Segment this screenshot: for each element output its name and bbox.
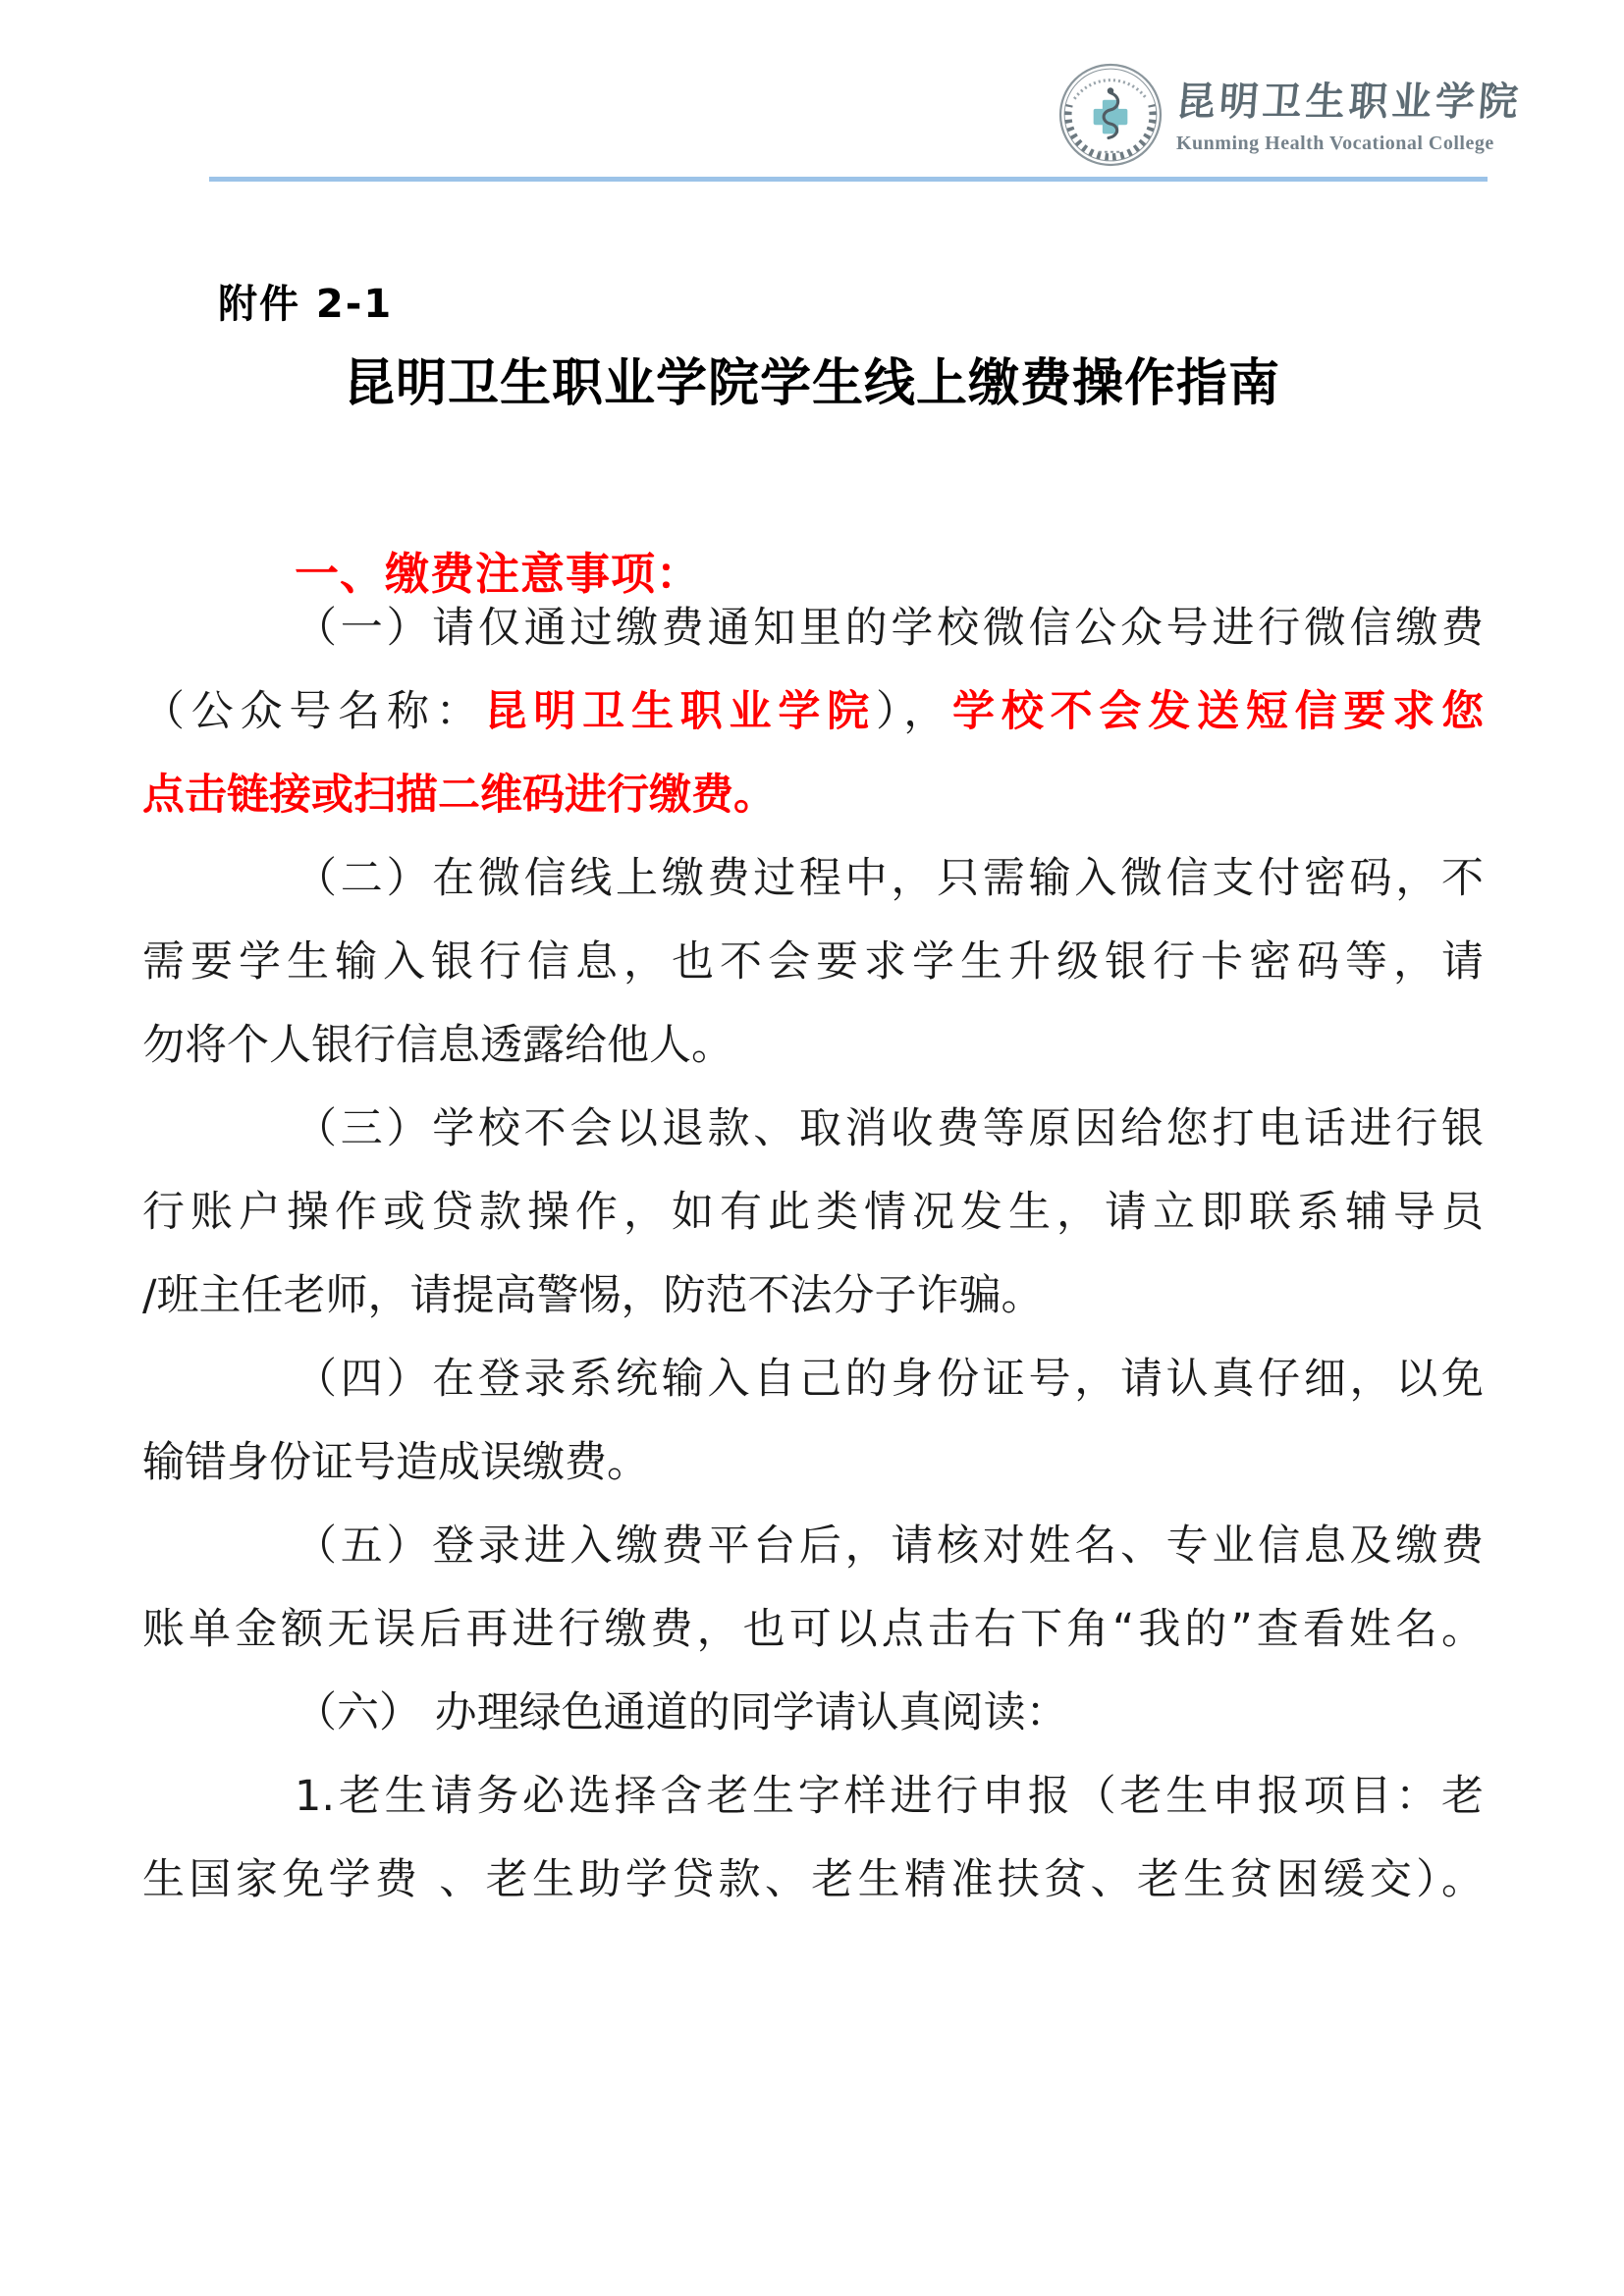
document-title: 昆明卫生职业学院学生线上缴费操作指南	[0, 342, 1624, 415]
document-line: 账单金额无误后再进行缴费，也可以点击右下角“我的”查看姓名。	[142, 1588, 1484, 1672]
text-span: （五）登录进入缴费平台后，请核对姓名、专业信息及缴费	[295, 1522, 1484, 1571]
text-span: /班主任老师，请提高警惕，防范不法分子诈骗。	[142, 1271, 1044, 1320]
school-brand: 昆明卫生职业学院 Kunming Health Vocational Colle…	[1176, 71, 1530, 155]
document-line: 需要学生输入银行信息，也不会要求学生升级银行卡密码等，请	[142, 921, 1484, 1004]
text-span: 输错身份证号造成误缴费。	[142, 1438, 649, 1487]
document-body: （一）请仅通过缴费通知里的学校微信公众号进行微信缴费（公众号名称：昆明卫生职业学…	[142, 587, 1484, 1922]
school-name-zh: 昆明卫生职业学院	[1174, 71, 1532, 127]
text-span: （三）学校不会以退款、取消收费等原因给您打电话进行银	[295, 1104, 1484, 1153]
text-span: （四）在登录系统输入自己的身份证号，请认真仔细，以免	[295, 1355, 1484, 1404]
text-span: （二）在微信线上缴费过程中，只需输入微信支付密码，不	[295, 854, 1484, 903]
document-line: 1.老生请务必选择含老生字样进行申报（老生申报项目：老	[142, 1755, 1484, 1839]
text-span: 行账户操作或贷款操作，如有此类情况发生，请立即联系辅导员	[142, 1188, 1484, 1237]
letterhead: 昆明卫生职业学院 Kunming Health Vocational Colle…	[0, 0, 1624, 187]
header-divider-line	[209, 177, 1488, 182]
document-line: 勿将个人银行信息透露给他人。	[142, 1004, 1484, 1088]
emphasis-text-span: 点击链接或扫描二维码进行缴费。	[142, 771, 776, 820]
text-span: 账单金额无误后再进行缴费，也可以点击右下角“我的”查看姓名。	[142, 1605, 1484, 1654]
document-line: （一）请仅通过缴费通知里的学校微信公众号进行微信缴费	[142, 587, 1484, 670]
document-line: （六） 办理绿色通道的同学请认真阅读：	[142, 1672, 1484, 1755]
text-span: 勿将个人银行信息透露给他人。	[142, 1021, 733, 1070]
document-line: 点击链接或扫描二维码进行缴费。	[142, 754, 1484, 837]
text-span: 需要学生输入银行信息，也不会要求学生升级银行卡密码等，请	[142, 937, 1484, 987]
document-line: （四）在登录系统输入自己的身份证号，请认真仔细，以免	[142, 1338, 1484, 1421]
document-page: 昆明卫生职业学院 Kunming Health Vocational Colle…	[0, 0, 1624, 2296]
text-span: （六） 办理绿色通道的同学请认真阅读：	[295, 1688, 1068, 1737]
school-name-en: Kunming Health Vocational College	[1176, 133, 1530, 155]
document-line: （五）登录进入缴费平台后，请核对姓名、专业信息及缴费	[142, 1505, 1484, 1588]
text-span: 生国家免学费 、老生助学贷款、老生精准扶贫、老生贫困缓交）。	[142, 1855, 1484, 1904]
text-span: （一）请仅通过缴费通知里的学校微信公众号进行微信缴费	[295, 604, 1484, 653]
document-line: 生国家免学费 、老生助学贷款、老生精准扶贫、老生贫困缓交）。	[142, 1839, 1484, 1922]
emphasis-text-span: 学校不会发送短信要求您	[952, 687, 1484, 736]
document-line: /班主任老师，请提高警惕，防范不法分子诈骗。	[142, 1255, 1484, 1338]
text-span: ），	[876, 687, 952, 736]
document-line: （公众号名称：昆明卫生职业学院），学校不会发送短信要求您	[142, 670, 1484, 754]
document-line: 输错身份证号造成误缴费。	[142, 1421, 1484, 1505]
document-line: （二）在微信线上缴费过程中，只需输入微信支付密码，不	[142, 837, 1484, 921]
text-span: 1.老生请务必选择含老生字样进行申报（老生申报项目：老	[295, 1772, 1484, 1821]
school-seal-icon	[1058, 63, 1163, 167]
document-line: 行账户操作或贷款操作，如有此类情况发生，请立即联系辅导员	[142, 1171, 1484, 1255]
text-span: （公众号名称：	[142, 687, 485, 736]
attachment-label: 附件 2-1	[218, 273, 393, 329]
emphasis-text-span: 昆明卫生职业学院	[485, 687, 876, 736]
document-line: （三）学校不会以退款、取消收费等原因给您打电话进行银	[142, 1088, 1484, 1171]
